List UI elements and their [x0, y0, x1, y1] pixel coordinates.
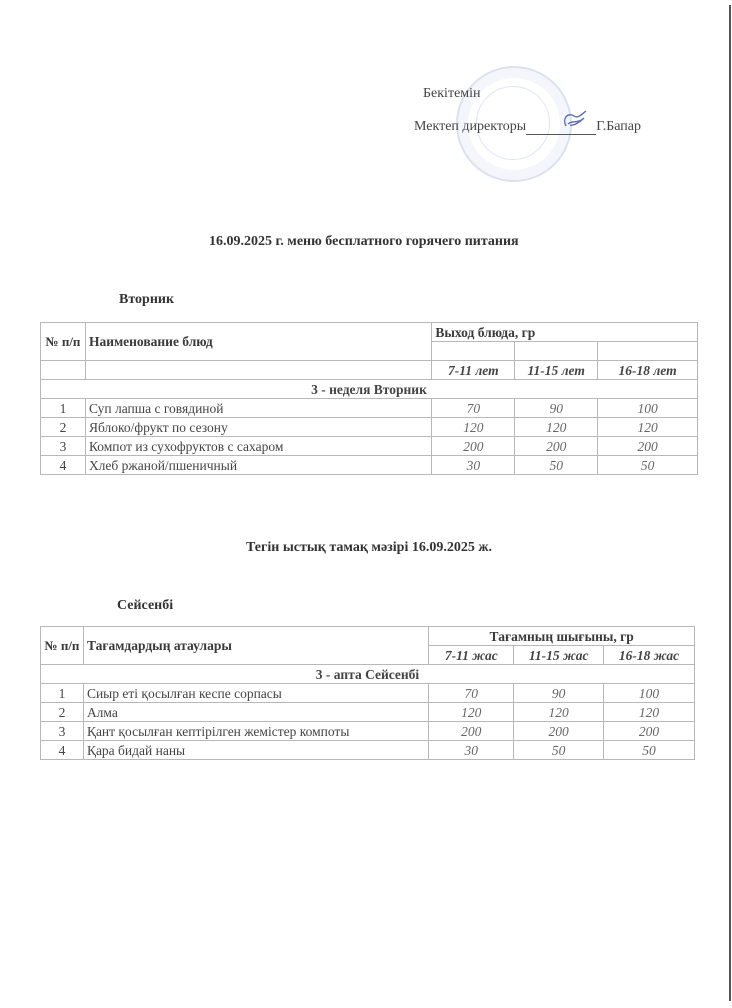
- menu-table-kz: № п/п Тағамдардың атаулары Тағамның шығы…: [40, 626, 695, 760]
- week-label: 3 - неделя Вторник: [41, 380, 698, 399]
- dish-name: Қара бидай наны: [83, 741, 428, 760]
- header-num: № п/п: [41, 323, 86, 361]
- menu-table-ru: № п/п Наименование блюд Выход блюда, гр …: [40, 322, 698, 475]
- director-name: Г.Бапар: [596, 119, 641, 134]
- table-row: 2 Яблоко/фрукт по сезону 120 120 120: [41, 418, 698, 437]
- day-title-kz: Сейсенбі: [117, 598, 173, 614]
- header-age-2: 11-15 лет: [515, 361, 598, 380]
- dish-name: Суп лапша с говядиной: [85, 399, 431, 418]
- table-row: 1 Суп лапша с говядиной 70 90 100: [41, 399, 698, 418]
- approval-signature-line: Мектеп директорыГ.Бапар: [414, 119, 641, 135]
- header-age-1: 7-11 жас: [429, 646, 514, 665]
- director-role: Мектеп директоры: [414, 119, 526, 134]
- header-age-2: 11-15 жас: [514, 646, 604, 665]
- header-age-3: 16-18 лет: [598, 361, 698, 380]
- menu-title-kz: Тегін ыстық тамақ мәзірі 16.09.2025 ж.: [246, 540, 492, 556]
- header-age-3: 16-18 жас: [604, 646, 695, 665]
- table-row: 4 Қара бидай наны 30 50 50: [41, 741, 695, 760]
- dish-name: Компот из сухофруктов с сахаром: [85, 437, 431, 456]
- dish-name: Яблоко/фрукт по сезону: [85, 418, 431, 437]
- dish-name: Хлеб ржаной/пшеничный: [85, 456, 431, 475]
- signature-icon: [560, 108, 590, 130]
- header-age-1: 7-11 лет: [432, 361, 515, 380]
- table-row: 3 Компот из сухофруктов с сахаром 200 20…: [41, 437, 698, 456]
- header-dish-name: Тағамдардың атаулары: [83, 627, 428, 665]
- dish-name: Алма: [83, 703, 428, 722]
- header-yield: Тағамның шығыны, гр: [429, 627, 695, 646]
- menu-title-ru: 16.09.2025 г. меню бесплатного горячего …: [209, 234, 519, 250]
- table-row: 1 Сиыр еті қосылған кеспе сорпасы 70 90 …: [41, 684, 695, 703]
- header-yield: Выход блюда, гр: [432, 323, 698, 342]
- dish-name: Қант қосылған кептірілген жемістер компо…: [83, 722, 428, 741]
- day-title-ru: Вторник: [119, 292, 174, 308]
- week-label: 3 - апта Сейсенбі: [41, 665, 695, 684]
- table-row: 2 Алма 120 120 120: [41, 703, 695, 722]
- header-num: № п/п: [41, 627, 84, 665]
- table-row: 4 Хлеб ржаной/пшеничный 30 50 50: [41, 456, 698, 475]
- dish-name: Сиыр еті қосылған кеспе сорпасы: [83, 684, 428, 703]
- approval-title: Бекітемін: [423, 86, 481, 102]
- table-row: 3 Қант қосылған кептірілген жемістер ком…: [41, 722, 695, 741]
- scan-edge-line: [729, 5, 731, 1001]
- header-dish-name: Наименование блюд: [85, 323, 431, 361]
